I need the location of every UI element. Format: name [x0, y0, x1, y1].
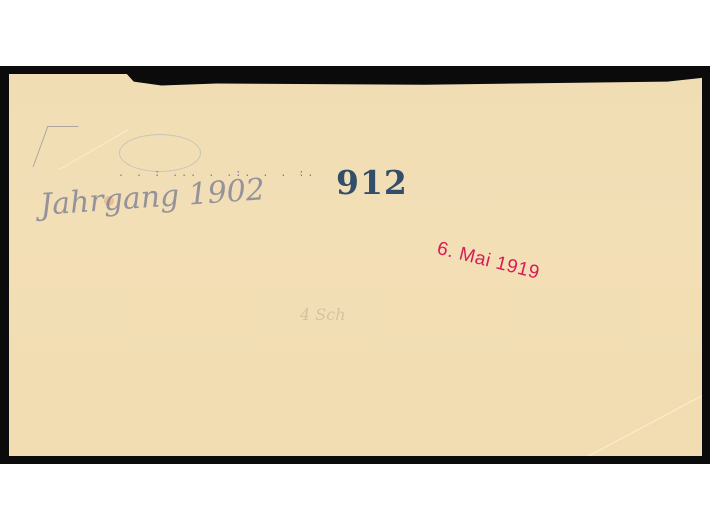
document-paper — [9, 74, 702, 456]
number-stamp: 912 — [336, 163, 408, 202]
stain — [109, 519, 159, 525]
faint-mark: 4 Sch — [300, 305, 346, 324]
postmark-partial — [119, 134, 201, 172]
paper-crease — [540, 387, 710, 482]
